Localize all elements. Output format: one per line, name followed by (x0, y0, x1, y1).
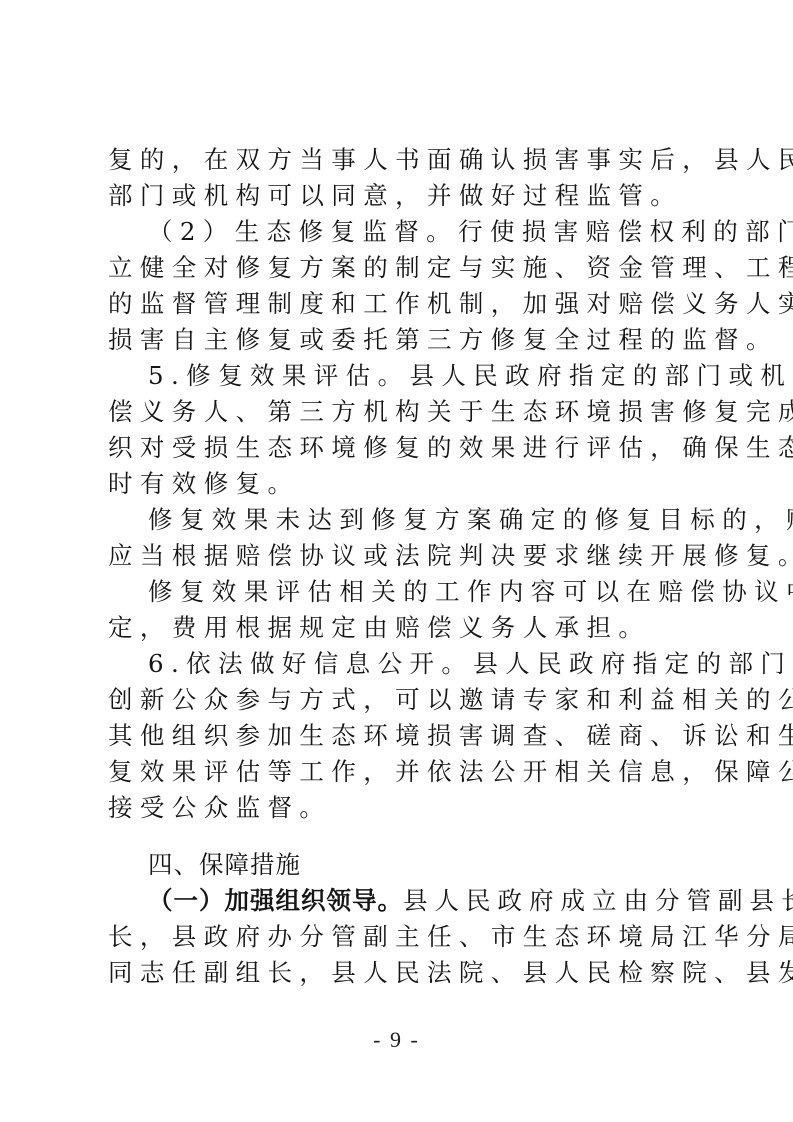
section-heading: 四、保障措施 (148, 848, 690, 882)
document-page: 复的，在双方当事人书面确认损害事实后，县人民政府指定的 部门或机构可以同意，并做… (0, 0, 793, 1122)
text-line: 定，费用根据规定由赔偿义务人承担。 (108, 611, 690, 645)
text-span: 县人民政府成立由分管副县长任组 (403, 886, 793, 915)
text-line: 时有效修复。 (108, 467, 690, 501)
text-line: 6.依法做好信息公开。县人民政府指定的部门或机构积极 (148, 647, 690, 681)
text-line: 损害自主修复或委托第三方修复全过程的监督。 (108, 323, 690, 357)
text-line: 长，县政府办分管副主任、市生态环境局江华分局主要负责 (108, 920, 690, 954)
text-line: 修复效果评估相关的工作内容可以在赔偿协议中予以规 (148, 575, 690, 609)
text-line: 修复效果未达到修复方案确定的修复目标的，赔偿义务人 (148, 503, 690, 537)
text-line: 立健全对修复方案的制定与实施、资金管理、工程质量及效果 (108, 251, 690, 285)
text-line: 复的，在双方当事人书面确认损害事实后，县人民政府指定的 (108, 143, 690, 177)
text-line: 接受公众监督。 (108, 791, 690, 825)
text-line: 5.修复效果评估。县人民政府指定的部门或机构在收到赔 (148, 359, 690, 393)
text-line: 偿义务人、第三方机构关于生态环境损害修复完成通报后，组 (108, 395, 690, 429)
text-line: 应当根据赔偿协议或法院判决要求继续开展修复。 (108, 539, 690, 573)
text-line: （2）生态修复监督。行使损害赔偿权利的部门或机构应建 (148, 215, 690, 249)
text-line: （一）加强组织领导。县人民政府成立由分管副县长任组 (148, 884, 690, 918)
text-line: 创新公众参与方式，可以邀请专家和利益相关的公民、法人、 (108, 683, 690, 717)
text-line: 部门或机构可以同意，并做好过程监管。 (108, 179, 690, 213)
subsection-heading: （一）加强组织领导。 (148, 886, 403, 915)
text-line: 其他组织参加生态环境损害调查、磋商、诉讼和生态环境修 (108, 719, 690, 753)
text-line: 的监督管理制度和工作机制，加强对赔偿义务人实施生态环境 (108, 287, 690, 321)
text-line: 同志任副组长，县人民法院、县人民检察院、县发改局、县 (108, 956, 690, 990)
text-line: 织对受损生态环境修复的效果进行评估，确保生态环境得到及 (108, 431, 690, 465)
text-line: 复效果评估等工作，并依法公开相关信息，保障公众知情权， (108, 755, 690, 789)
page-number: - 9 - (0, 1027, 793, 1053)
